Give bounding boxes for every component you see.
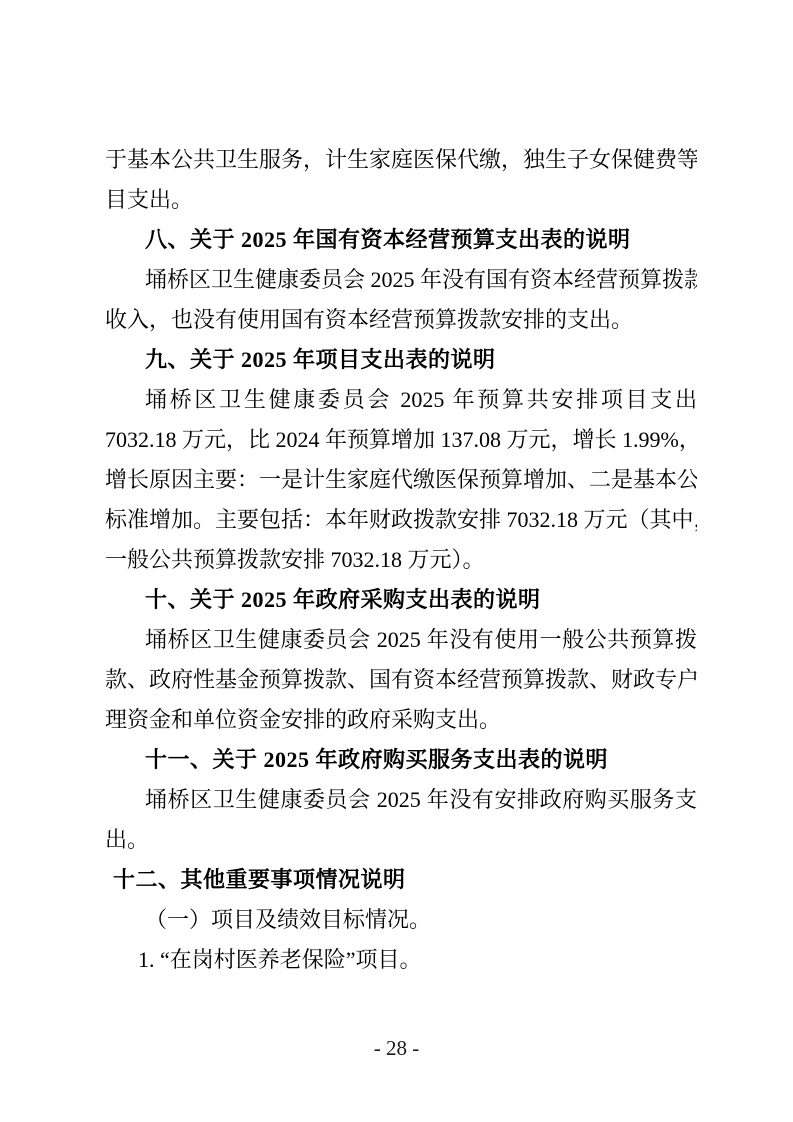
document-body: 于基本公共卫生服务，计生家庭医保代缴，独生子女保健费等项目支出。八、关于 202… xyxy=(105,140,697,980)
text-line: 收入，也没有使用国有资本经营预算拨款安排的支出。 xyxy=(105,300,697,340)
text-line: 于基本公共卫生服务，计生家庭医保代缴，独生子女保健费等项 xyxy=(105,140,697,180)
text-line: 十二、其他重要事项情况说明 xyxy=(105,860,697,900)
section-11-body: 埇桥区卫生健康委员会 2025 年没有安排政府购买服务支出。 xyxy=(105,780,697,860)
section-9-body: 埇桥区卫生健康委员会 2025 年预算共安排项目支出7032.18 万元，比 2… xyxy=(105,380,697,580)
text-line: 1. “在岗村医养老保险”项目。 xyxy=(105,940,697,980)
text-line: 埇桥区卫生健康委员会 2025 年没有国有资本经营预算拨款 xyxy=(105,260,697,300)
text-line: 十一、关于 2025 年政府购买服务支出表的说明 xyxy=(105,740,697,780)
text-line: 埇桥区卫生健康委员会 2025 年没有安排政府购买服务支 xyxy=(105,780,697,820)
text-line: 埇桥区卫生健康委员会 2025 年没有使用一般公共预算拨 xyxy=(105,620,697,660)
page-number: - 28 - xyxy=(0,1032,793,1064)
section-heading-9-project-expenditure: 九、关于 2025 年项目支出表的说明 xyxy=(105,340,697,380)
document-page: 于基本公共卫生服务，计生家庭医保代缴，独生子女保健费等项目支出。八、关于 202… xyxy=(0,0,793,1122)
text-line: 款、政府性基金预算拨款、国有资本经营预算拨款、财政专户管 xyxy=(105,660,697,700)
section-heading-11-purchased-services: 十一、关于 2025 年政府购买服务支出表的说明 xyxy=(105,740,697,780)
text-line: 标准增加。主要包括：本年财政拨款安排 7032.18 万元（其中， xyxy=(105,500,697,540)
section-heading-12-other-important-matters: 十二、其他重要事项情况说明 xyxy=(105,860,697,900)
section-8-body: 埇桥区卫生健康委员会 2025 年没有国有资本经营预算拨款收入，也没有使用国有资… xyxy=(105,260,697,340)
subsection-1-performance-targets: （一）项目及绩效目标情况。 xyxy=(105,900,697,940)
text-line: 出。 xyxy=(105,820,697,860)
text-line: 八、关于 2025 年国有资本经营预算支出表的说明 xyxy=(105,220,697,260)
text-line: 一般公共预算拨款安排 7032.18 万元）。 xyxy=(105,540,697,580)
section-heading-8-state-capital-budget: 八、关于 2025 年国有资本经营预算支出表的说明 xyxy=(105,220,697,260)
section-10-body: 埇桥区卫生健康委员会 2025 年没有使用一般公共预算拨款、政府性基金预算拨款、… xyxy=(105,620,697,740)
continued-paragraph-project-expenditure: 于基本公共卫生服务，计生家庭医保代缴，独生子女保健费等项目支出。 xyxy=(105,140,697,220)
text-line: 目支出。 xyxy=(105,180,697,220)
text-line: 理资金和单位资金安排的政府采购支出。 xyxy=(105,700,697,740)
text-line: 九、关于 2025 年项目支出表的说明 xyxy=(105,340,697,380)
section-heading-10-government-procurement: 十、关于 2025 年政府采购支出表的说明 xyxy=(105,580,697,620)
text-line: 埇桥区卫生健康委员会 2025 年预算共安排项目支出 xyxy=(105,380,697,420)
text-line: （一）项目及绩效目标情况。 xyxy=(105,900,697,940)
text-line: 增长原因主要：一是计生家庭代缴医保预算增加、二是基本公卫 xyxy=(105,460,697,500)
text-line: 十、关于 2025 年政府采购支出表的说明 xyxy=(105,580,697,620)
item-1-village-doctor-pension-project: 1. “在岗村医养老保险”项目。 xyxy=(105,940,697,980)
text-line: 7032.18 万元，比 2024 年预算增加 137.08 万元，增长 1.9… xyxy=(105,420,697,460)
